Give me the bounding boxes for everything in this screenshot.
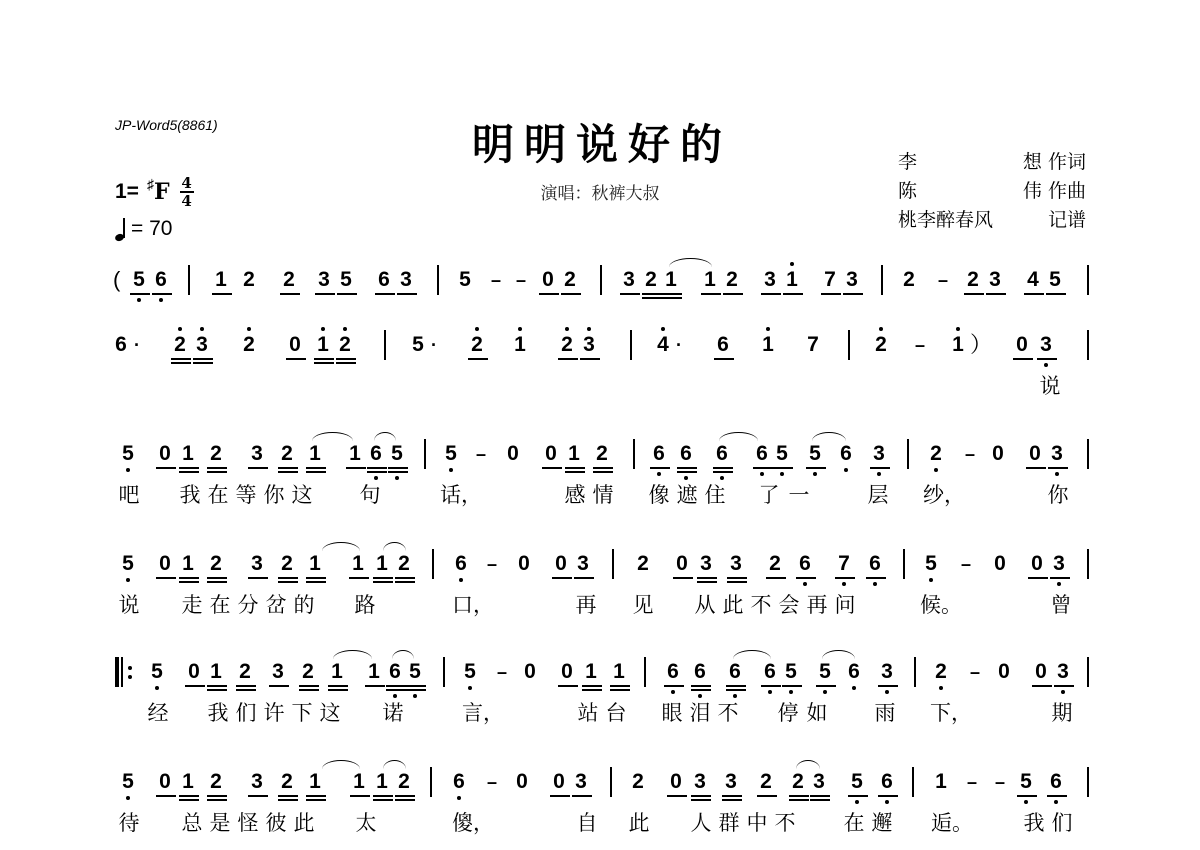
note: 3 [249,442,265,466]
underline-beam [286,358,306,360]
lyric-char: 下， [930,700,978,726]
sustain-dash: – [958,552,974,576]
underline-beam [722,795,742,797]
note: 1 [950,333,966,357]
note: 0 [516,552,532,576]
underline-beam [761,293,781,295]
low-octave-dot [126,468,130,472]
note: 3 [728,552,744,576]
note: 6 [153,268,169,292]
underline-beam [806,467,826,469]
note: 2 [300,660,316,684]
low-octave-dot [768,690,772,694]
note: 0 [186,660,202,684]
note: 3 [987,268,1003,292]
slur-arc [812,432,846,441]
note: 1 [611,660,627,684]
underline-beam [677,467,697,469]
high-octave-dot [247,327,251,331]
lyric-char: 雨 [873,700,897,726]
underline-beam [207,689,227,691]
note: 2 [241,333,257,357]
underline-beam [593,467,613,469]
note: 5 [849,770,865,794]
note: 2 [643,268,659,292]
underline-beam [1054,685,1074,687]
note: 0 [551,770,567,794]
underline-beam [610,689,630,691]
high-octave-dot [879,327,883,331]
sustain-dash: – [992,770,1008,794]
tempo-marking: = 70 [115,217,172,241]
note: 3 [249,552,265,576]
underline-beam [373,577,393,579]
barline [848,330,850,360]
underline-beam [662,297,682,299]
underline-beam [561,293,581,295]
note: 3 [575,552,591,576]
slur-arc [322,760,360,769]
lyric-char: 邂 [870,810,894,836]
underline-beam [539,293,559,295]
barline [384,330,386,360]
lyric-char: 说 [117,592,141,618]
underline-beam [350,795,370,797]
barline [1087,549,1089,579]
sustain-dash: – [912,333,928,357]
low-octave-dot [760,472,764,476]
high-octave-dot [321,327,325,331]
underline-beam [843,293,863,295]
underline-beam [1028,577,1048,579]
slur-arc [374,432,396,441]
lyric-char: 吧 [117,482,141,508]
underline-beam [207,471,227,473]
underline-beam [789,799,809,801]
lyric-char: 是 [208,810,232,836]
barline [188,265,190,295]
underline-beam [236,685,256,687]
underline-beam [306,471,326,473]
lyric-char: 言， [462,700,510,726]
underline-beam [179,577,199,579]
slur-arc [383,760,406,769]
barline [437,265,439,295]
high-octave-dot [661,327,665,331]
low-octave-dot [684,476,688,480]
note: 2 [208,552,224,576]
underline-beam [766,577,786,579]
underline-beam [278,581,298,583]
note: 0 [668,770,684,794]
note: 1 [760,333,776,357]
note: 2 [279,770,295,794]
underline-beam [179,581,199,583]
note: 0 [559,660,575,684]
note: 3 [573,770,589,794]
note: 3 [1051,552,1067,576]
note: 2 [562,268,578,292]
note: 1 [583,660,599,684]
underline-beam [810,795,830,797]
underline-beam [375,293,395,295]
credits-block: 李 想 作词 陈 伟 作曲 桃李醉春风 记谱 [898,148,1086,235]
note: 2 [933,660,949,684]
lyric-char: 不 [773,810,797,836]
underline-beam [1037,358,1057,360]
lyric-char: 说 [1038,373,1062,399]
lyric-char: 你 [1046,482,1070,508]
note: 2 [594,442,610,466]
note: 3 [398,268,414,292]
lyric-char: 此 [627,810,651,836]
underline-beam [1046,293,1066,295]
low-octave-dot [698,694,702,698]
underline-beam [650,467,670,469]
note: 5 [120,552,136,576]
barline [1087,657,1089,687]
low-octave-dot [1024,800,1028,804]
note: 3 [844,268,860,292]
underline-beam [870,467,890,469]
lyric-char: 我 [1022,810,1046,836]
note: 1 [213,268,229,292]
lyric-char: 层 [866,482,890,508]
low-octave-dot [126,578,130,582]
note: 3 [1049,442,1065,466]
barline [432,549,434,579]
underline-beam [306,577,326,579]
note: 6 [376,268,392,292]
lyric-char: 眼 [660,700,684,726]
lyric-char: 分 [236,592,260,618]
underline-beam [207,795,227,797]
underline-beam [306,799,326,801]
sustain-dash: – [962,442,978,466]
underline-beam [727,577,747,579]
underline-beam [395,581,415,583]
note: 5 [389,442,405,466]
underline-beam [207,577,227,579]
note: 3 [1055,660,1071,684]
note: 5 [774,442,790,466]
note: 6 [113,333,129,357]
note: 1 [329,660,345,684]
underline-beam [156,467,176,469]
underline-beam [558,685,578,687]
barline [907,439,909,469]
note: 1 [784,268,800,292]
lyric-char: 再 [574,592,598,618]
note: 5 [1047,268,1063,292]
underline-beam [878,685,898,687]
note: 4 [655,333,671,357]
note: 5 [131,268,147,292]
note: 2 [928,442,944,466]
underline-beam [248,577,268,579]
note: 3 [879,660,895,684]
slur-arc [719,432,758,441]
note: 1 [566,442,582,466]
underline-beam [207,467,227,469]
note: 0 [553,552,569,576]
note: 2 [396,770,412,794]
barline [1087,439,1089,469]
note: 6 [714,442,730,466]
lyric-char: 问 [833,592,857,618]
note: 2 [724,268,740,292]
low-octave-dot [468,686,472,690]
underline-beam [582,685,602,687]
underline-beam [565,471,585,473]
high-octave-dot [956,327,960,331]
note: 6 [838,442,854,466]
note: 2 [901,268,917,292]
underline-beam [179,799,199,801]
underline-beam [753,467,773,469]
lyric-char: 一 [787,482,811,508]
note: 1 [350,552,366,576]
underline-beam [773,467,793,469]
underline-beam [306,581,326,583]
underline-beam [315,293,335,295]
note: 1 [663,268,679,292]
lyric-char: 们 [1050,810,1074,836]
note: 1 [702,268,718,292]
close-paren: ） [970,333,992,357]
underline-beam [314,362,334,364]
barline [912,767,914,797]
low-octave-dot [885,690,889,694]
lyric-char: 自 [575,810,599,836]
underline-beam [314,358,334,360]
note: 6 [727,660,743,684]
barline [903,549,905,579]
sharp-icon: ♯ [147,176,154,192]
note: 6 [762,660,778,684]
lyric-char: 期 [1050,700,1074,726]
underline-beam [406,685,426,687]
note: 2 [279,442,295,466]
barline [881,265,883,295]
underline-beam [667,795,687,797]
transcriber-credit: 桃李醉春风 记谱 [898,206,1086,235]
low-octave-dot [780,472,784,476]
barline [612,549,614,579]
underline-beam [783,293,803,295]
lyric-char: 在 [842,810,866,836]
underline-beam [1032,685,1052,687]
note: 1 [180,552,196,576]
note: 3 [762,268,778,292]
note: 0 [505,442,521,466]
underline-beam [662,293,682,295]
note: 6 [651,442,667,466]
lyric-char: 走 [180,592,204,618]
underline-beam [179,467,199,469]
note: 0 [1014,333,1030,357]
underline-beam [691,689,711,691]
high-octave-dot [518,327,522,331]
lyric-char: 口， [452,592,500,618]
sustain-dash: – [967,660,983,684]
high-octave-dot [565,327,569,331]
underline-beam [373,799,393,801]
lyric-char: 纱， [923,482,971,508]
lyric-char: 群 [717,810,741,836]
open-paren: ( [113,268,120,292]
note: 6 [754,442,770,466]
note: 2 [208,770,224,794]
lyric-char: 住 [703,482,727,508]
lyric-char: 站 [576,700,600,726]
note: 6 [797,552,813,576]
high-octave-dot [343,327,347,331]
note: 5 [807,442,823,466]
note: 5 [923,552,939,576]
underline-beam [388,471,408,473]
low-octave-dot [374,476,378,480]
note: 6 [867,552,883,576]
underline-beam [328,689,348,691]
time-signature: 44 [180,176,194,208]
sustain-dash: – [488,268,504,292]
underline-beam [835,577,855,579]
note: 2 [237,660,253,684]
underline-beam [386,685,406,687]
underline-beam [821,293,841,295]
note: 6 [453,552,469,576]
lyric-char: 在 [206,482,230,508]
underline-beam [179,795,199,797]
underline-beam [397,293,417,295]
underline-beam [336,358,356,360]
low-octave-dot [457,796,461,800]
underline-beam [185,685,205,687]
underline-beam [212,293,232,295]
underline-beam [761,685,781,687]
lyric-char: 们 [234,700,258,726]
underline-beam [816,685,836,687]
lyric-char: 彼 [264,810,288,836]
lyric-char: 等 [234,482,258,508]
note: 2 [965,268,981,292]
lyric-char: 如 [805,700,829,726]
note: 6 [678,442,694,466]
lyric-char: 人 [689,810,713,836]
note: 5 [1018,770,1034,794]
sustain-dash: – [513,268,529,292]
underline-beam [207,685,227,687]
note: 0 [514,770,530,794]
underline-beam [179,471,199,473]
underline-beam [574,577,594,579]
note: 1 [307,442,323,466]
augmentation-dot: · [671,333,687,357]
note: 1 [208,660,224,684]
note: 1 [307,552,323,576]
lyric-char: 我 [206,700,230,726]
note: 7 [805,333,821,357]
high-octave-dot [790,262,794,266]
lyric-char: 太 [354,810,378,836]
low-octave-dot [1044,363,1048,367]
note: 0 [522,660,538,684]
underline-beam [207,799,227,801]
note: 2 [241,268,257,292]
lyric-char: 见 [631,592,655,618]
note: 2 [281,268,297,292]
underline-beam [789,795,809,797]
underline-beam [642,297,662,299]
underline-beam [306,795,326,797]
note: 5 [462,660,478,684]
lyric-char: 会 [777,592,801,618]
low-octave-dot [789,690,793,694]
underline-beam [278,577,298,579]
lyric-char: 经 [146,700,170,726]
underline-beam [1013,358,1033,360]
underline-beam [580,358,600,360]
high-octave-dot [766,327,770,331]
low-octave-dot [934,468,938,472]
note: 2 [635,552,651,576]
underline-beam [542,467,562,469]
low-octave-dot [852,686,856,690]
low-octave-dot [803,582,807,586]
underline-beam [207,581,227,583]
lyric-char: 怪 [236,810,260,836]
note: 3 [811,770,827,794]
underline-beam [1024,293,1044,295]
high-octave-dot [200,327,204,331]
barline [424,439,426,469]
note: 5 [407,660,423,684]
underline-beam [642,293,662,295]
note: 3 [692,770,708,794]
note: 0 [157,442,173,466]
underline-beam [278,795,298,797]
lyric-char: 感 [563,482,587,508]
note: 2 [172,333,188,357]
low-octave-dot [159,298,163,302]
note: 1 [512,333,528,357]
note: 7 [836,552,852,576]
underline-beam [395,799,415,801]
lyric-char: 在 [208,592,232,618]
underline-beam [722,799,742,801]
lyric-char: 你 [262,482,286,508]
barline [600,265,602,295]
lyric-char: 此 [721,592,745,618]
underline-beam [558,358,578,360]
lyric-char: 不 [749,592,773,618]
lyric-char: 中 [745,810,769,836]
lyric-char: 不 [716,700,740,726]
note: 6 [451,770,467,794]
underline-beam [365,685,385,687]
note: 2 [469,333,485,357]
slur-arc [392,650,414,659]
high-octave-dot [178,327,182,331]
lyric-char: 逅。 [931,810,979,836]
slur-arc [333,650,372,659]
underline-beam [406,689,426,691]
note: 6 [715,333,731,357]
sustain-dash: – [484,770,500,794]
underline-beam [713,471,733,473]
lyric-char: 我 [178,482,202,508]
